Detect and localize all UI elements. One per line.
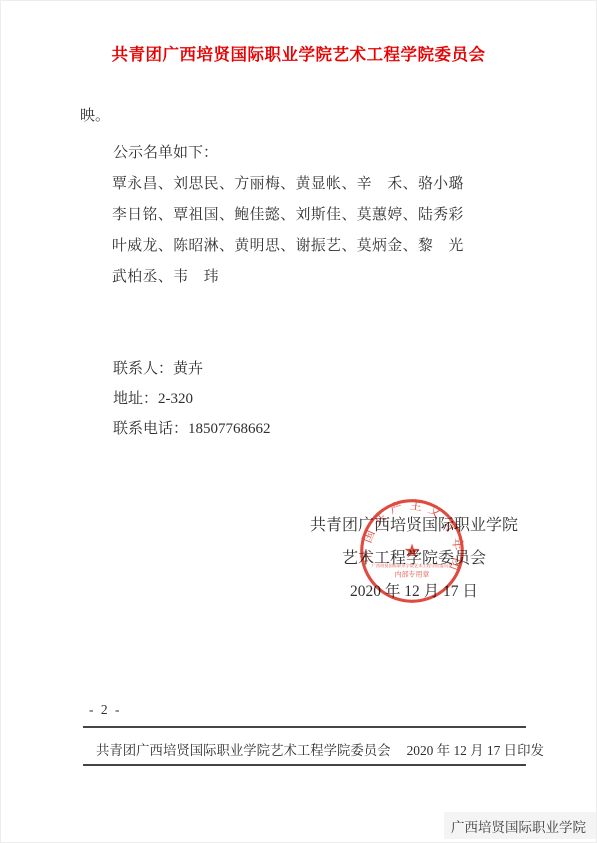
document-page: 共青团广西培贤国际职业学院艺术工程学院委员会 映。 公示名单如下： 覃永昌、刘思… [0,0,597,843]
name-line-4: 武柏丞、韦 玮 [112,262,464,293]
contact-block: 联系人：黄卉 地址：2-320 联系电话：18507768662 [113,354,271,444]
document-title: 共青团广西培贤国际职业学院艺术工程学院委员会 [1,41,596,65]
signature-block: 共青团广西培贤国际职业学院 艺术工程学院委员会 2020 年 12 月 17 日 [294,509,534,608]
site-watermark: 广西培贤国际职业学院 [444,816,586,836]
signature-org-line2: 艺术工程学院委员会 [294,542,534,575]
contact-person: 联系人：黄卉 [113,354,271,384]
imprint-line: 共青团广西培贤国际职业学院艺术工程学院委员会2020 年 12 月 17 日印发 [96,740,544,759]
name-list: 覃永昌、刘思民、方丽梅、黄显帐、辛 禾、骆小璐 李日铭、覃祖国、鲍佳懿、刘斯佳、… [112,169,464,293]
contact-address: 地址：2-320 [113,384,271,414]
signature-org-line1: 共青团广西培贤国际职业学院 [294,509,534,542]
signature-date: 2020 年 12 月 17 日 [294,575,534,608]
imprint-issuer: 共青团广西培贤国际职业学院艺术工程学院委员会 [96,743,391,758]
footer-divider-top [83,726,526,728]
footer-divider-bottom [83,764,526,766]
list-intro: 公示名单如下： [113,143,218,163]
name-line-2: 李日铭、覃祖国、鲍佳懿、刘斯佳、莫蕙婷、陆秀彩 [112,200,464,231]
paragraph-fragment: 映。 [80,106,110,126]
contact-phone: 联系电话：18507768662 [113,414,271,444]
imprint-date: 2020 年 12 月 17 日印发 [407,743,544,758]
name-line-3: 叶威龙、陈昭淋、黄明思、谢振艺、莫炳金、黎 光 [112,231,464,262]
page-number: - 2 - [89,702,122,718]
name-line-1: 覃永昌、刘思民、方丽梅、黄显帐、辛 禾、骆小璐 [112,169,464,200]
watermark-band: 广西培贤国际职业学院 [444,812,596,839]
